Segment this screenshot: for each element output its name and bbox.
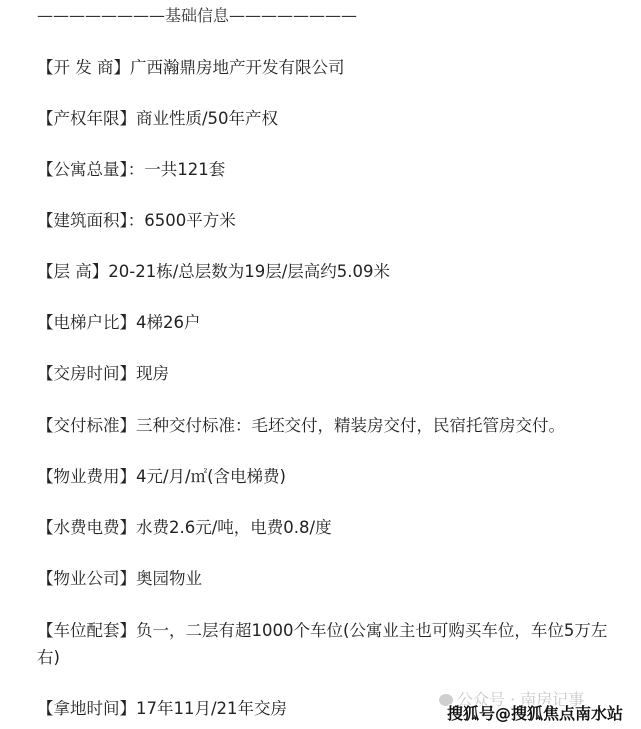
row-value: 水费2.6元/吨，电费0.8/度	[136, 518, 332, 537]
row-label: 【物业公司】	[37, 569, 136, 588]
row-value: 现房	[136, 364, 169, 383]
row-label: 【产权年限】	[37, 109, 136, 128]
info-row-property-term: 【产权年限】商业性质/50年产权	[37, 106, 622, 132]
row-value: 4梯26户	[136, 313, 201, 332]
row-value: 广西瀚鼎房地产开发有限公司	[130, 58, 345, 77]
row-label: 【交付标准】	[37, 416, 136, 435]
info-row-property-fee: 【物业费用】4元/月/㎡(含电梯费)	[37, 464, 622, 490]
info-row-apartment-total: 【公寓总量】：一共121套	[37, 157, 622, 183]
row-label: 【拿地时间】	[37, 699, 136, 718]
row-value: 奥园物业	[136, 569, 202, 588]
info-row-parking: 【车位配套】负一，二层有超1000个车位(公寓业主也可购买车位，车位5万左右)	[37, 617, 622, 671]
row-value: 4元/月/㎡(含电梯费)	[136, 467, 286, 486]
row-label: 【电梯户比】	[37, 313, 136, 332]
row-value: 商业性质/50年产权	[136, 109, 278, 128]
row-value: ：一共121套	[128, 160, 226, 179]
section-header: ————————基础信息————————	[37, 4, 357, 28]
row-value: 三种交付标准：毛坯交付，精装房交付，民宿托管房交付。	[136, 416, 565, 435]
row-label: 【开 发 商】	[37, 58, 130, 77]
info-row-floor-height: 【层 高】20-21栋/总层数为19层/层高约5.09米	[37, 259, 622, 285]
row-label: 【物业费用】	[37, 467, 136, 486]
info-row-delivery-standard: 【交付标准】三种交付标准：毛坯交付，精装房交付，民宿托管房交付。	[37, 413, 622, 439]
row-label: 【交房时间】	[37, 364, 136, 383]
info-row-elevator-ratio: 【电梯户比】4梯26户	[37, 310, 622, 336]
info-row-property-company: 【物业公司】奥园物业	[37, 566, 622, 592]
row-value: ：6500平方米	[128, 211, 236, 230]
sohu-watermark: 搜狐号@搜狐焦点南水站	[447, 704, 623, 724]
row-label: 【车位配套】	[37, 621, 136, 640]
info-row-delivery-time: 【交房时间】现房	[37, 361, 622, 387]
info-row-utility-fees: 【水费电费】水费2.6元/吨，电费0.8/度	[37, 515, 622, 541]
row-label: 【水费电费】	[37, 518, 136, 537]
watermark: 公众号 · 南房记事 搜狐号@搜狐焦点南水站	[423, 688, 633, 724]
row-value: 17年11月/21年交房	[136, 699, 287, 718]
info-row-building-area: 【建筑面积】：6500平方米	[37, 208, 622, 234]
row-label: 【公寓总量】	[37, 160, 128, 179]
row-label: 【层 高】	[37, 262, 108, 281]
row-value: 20-21栋/总层数为19层/层高约5.09米	[108, 262, 390, 281]
info-row-developer: 【开 发 商】广西瀚鼎房地产开发有限公司	[37, 55, 622, 81]
row-label: 【建筑面积】	[37, 211, 128, 230]
